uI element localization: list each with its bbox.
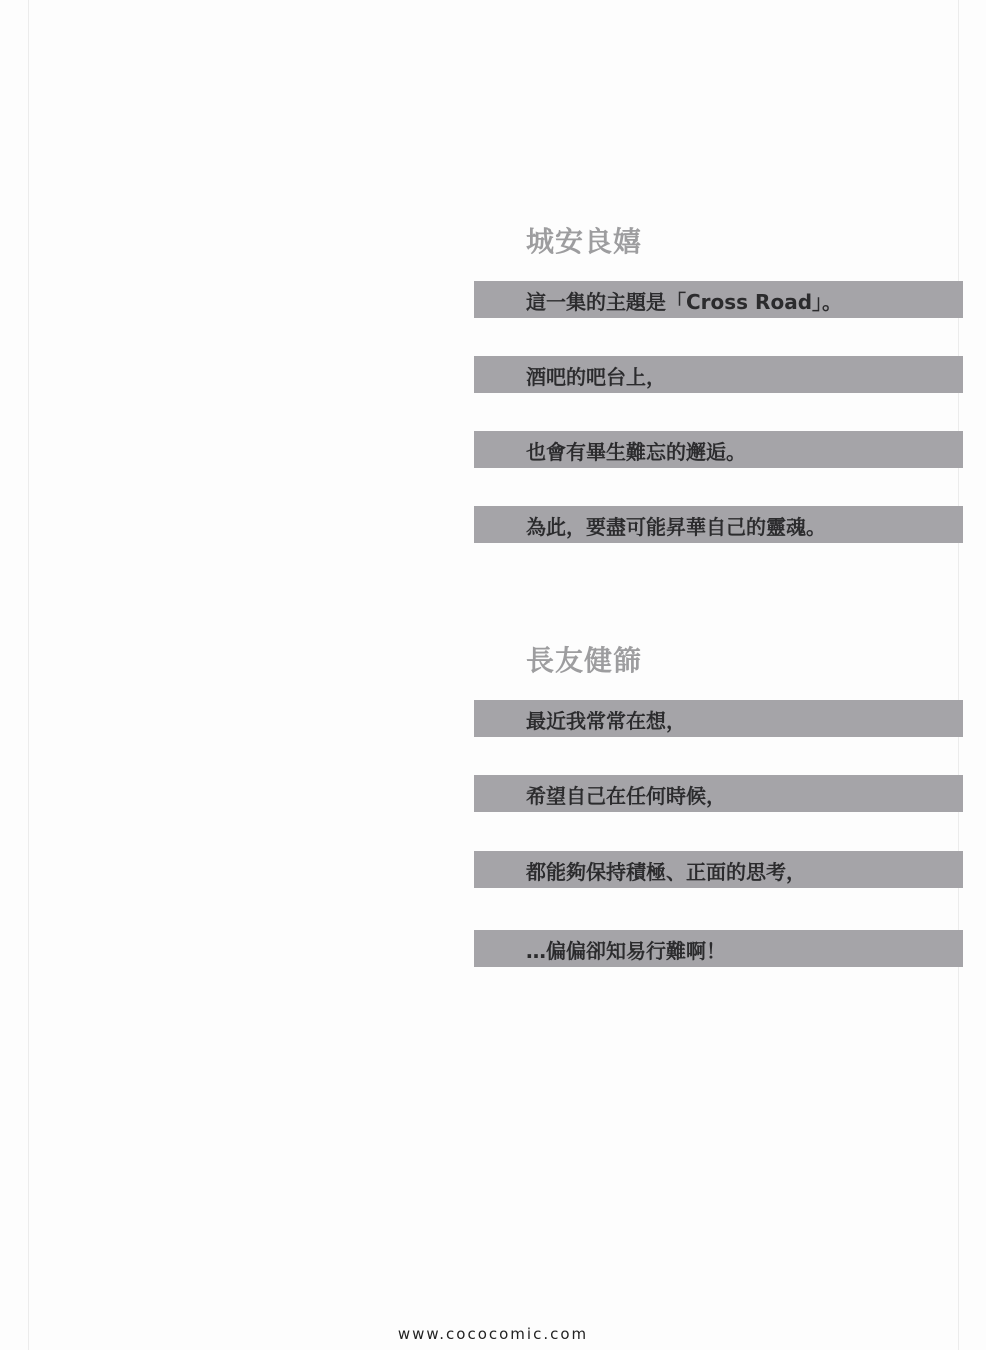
text-bar: …偏偏卻知易行難啊！ <box>474 930 963 967</box>
text-bar: 最近我常常在想， <box>474 700 963 737</box>
author-name: 長友健篩 <box>526 639 642 679</box>
text-bar: 都能夠保持積極、正面的思考， <box>474 851 963 888</box>
watermark-url: www.cococomic.com <box>0 1325 986 1343</box>
text-line: 為此，要盡可能昇華自己的靈魂。 <box>526 511 826 540</box>
author-name: 城安良嬉 <box>526 220 642 260</box>
text-bar: 酒吧的吧台上， <box>474 356 963 393</box>
text-line: 都能夠保持積極、正面的思考， <box>526 856 806 885</box>
text-line: 也會有畢生難忘的邂逅。 <box>526 436 746 465</box>
text-bar: 為此，要盡可能昇華自己的靈魂。 <box>474 506 963 543</box>
text-line: 酒吧的吧台上， <box>526 361 666 390</box>
text-line: 最近我常常在想， <box>526 705 686 734</box>
text-line: 希望自己在任何時候， <box>526 780 726 809</box>
page-edge-left <box>28 0 29 1350</box>
text-line: …偏偏卻知易行難啊！ <box>526 935 726 964</box>
text-bar: 這一集的主題是「Cross Road」。 <box>474 281 963 318</box>
text-bar: 也會有畢生難忘的邂逅。 <box>474 431 963 468</box>
page-edge-right <box>958 0 959 1350</box>
text-line: 這一集的主題是「Cross Road」。 <box>526 286 842 315</box>
text-bar: 希望自己在任何時候， <box>474 775 963 812</box>
